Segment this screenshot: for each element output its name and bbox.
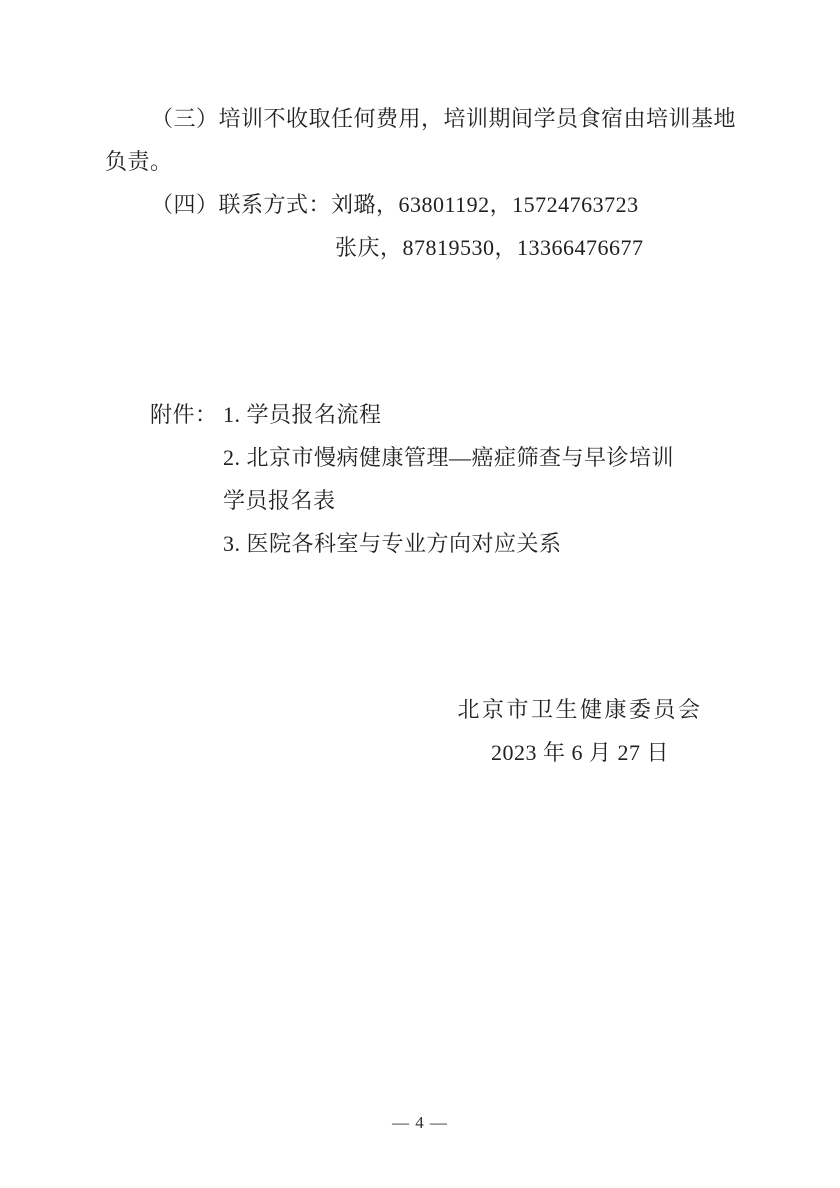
signature-block: 北京市卫生健康委员会 2023 年 6 月 27 日: [400, 688, 760, 774]
page-number: — 4 —: [0, 1113, 840, 1133]
para-4-contact-line-1: （四）联系方式：刘璐，63801192，15724763723: [105, 183, 739, 226]
attachment-item-3: 3. 医院各科室与专业方向对应关系: [223, 522, 739, 565]
issuing-organization: 北京市卫生健康委员会: [400, 688, 760, 731]
attachments-list: 1. 学员报名流程 2. 北京市慢病健康管理—癌症筛查与早诊培训 学员报名表 3…: [223, 393, 739, 565]
para-3-line-2: 负责。: [105, 140, 739, 183]
attachment-item-1: 1. 学员报名流程: [223, 393, 739, 436]
attachments-section: 附件： 1. 学员报名流程 2. 北京市慢病健康管理—癌症筛查与早诊培训 学员报…: [105, 393, 739, 565]
issue-date: 2023 年 6 月 27 日: [400, 731, 760, 774]
body-text: （三）培训不收取任何费用，培训期间学员食宿由培训基地 负责。 （四）联系方式：刘…: [105, 97, 739, 269]
para-4-contact-line-2: 张庆，87819530，13366476677: [105, 226, 739, 269]
attachments-label: 附件：: [150, 393, 218, 436]
attachment-item-2: 2. 北京市慢病健康管理—癌症筛查与早诊培训: [223, 436, 739, 479]
para-3-line-1: （三）培训不收取任何费用，培训期间学员食宿由培训基地: [105, 97, 739, 140]
attachment-item-2-continuation: 学员报名表: [223, 479, 739, 522]
document-page: （三）培训不收取任何费用，培训期间学员食宿由培训基地 负责。 （四）联系方式：刘…: [0, 0, 840, 1188]
